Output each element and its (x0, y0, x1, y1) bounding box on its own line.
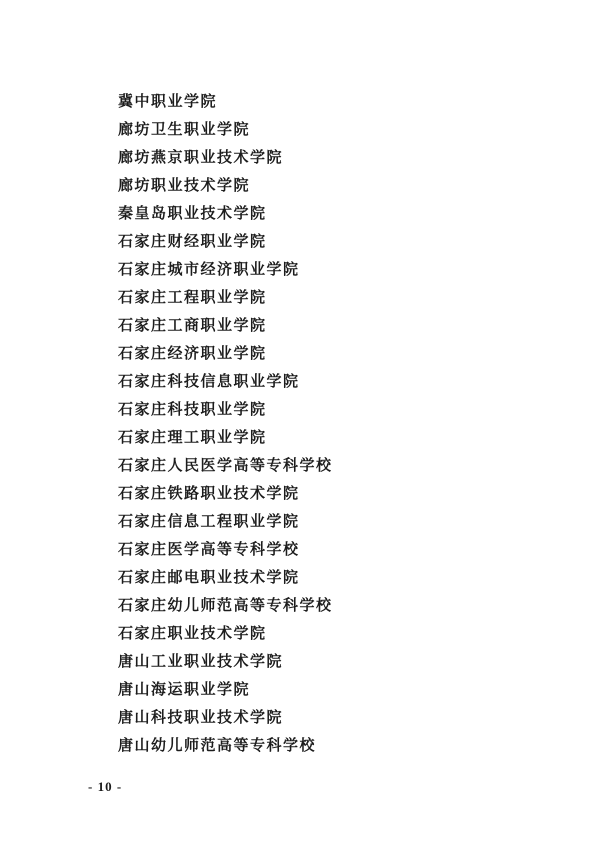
list-item: 石家庄经济职业学院 (118, 340, 333, 368)
list-item: 石家庄职业技术学院 (118, 620, 333, 648)
list-item: 石家庄医学高等专科学校 (118, 536, 333, 564)
list-item: 廊坊职业技术学院 (118, 172, 333, 200)
list-item: 冀中职业学院 (118, 88, 333, 116)
list-item: 石家庄邮电职业技术学院 (118, 564, 333, 592)
list-item: 石家庄工程职业学院 (118, 284, 333, 312)
list-item: 石家庄财经职业学院 (118, 228, 333, 256)
list-item: 石家庄理工职业学院 (118, 424, 333, 452)
list-item: 廊坊卫生职业学院 (118, 116, 333, 144)
college-list: 冀中职业学院 廊坊卫生职业学院 廊坊燕京职业技术学院 廊坊职业技术学院 秦皇岛职… (118, 88, 333, 760)
list-item: 石家庄信息工程职业学院 (118, 508, 333, 536)
list-item: 廊坊燕京职业技术学院 (118, 144, 333, 172)
list-item: 石家庄城市经济职业学院 (118, 256, 333, 284)
list-item: 石家庄科技职业学院 (118, 396, 333, 424)
list-item: 唐山幼儿师范高等专科学校 (118, 732, 333, 760)
list-item: 石家庄人民医学高等专科学校 (118, 452, 333, 480)
page-number: - 10 - (88, 779, 122, 795)
list-item: 石家庄工商职业学院 (118, 312, 333, 340)
list-item: 秦皇岛职业技术学院 (118, 200, 333, 228)
list-item: 石家庄科技信息职业学院 (118, 368, 333, 396)
list-item: 唐山科技职业技术学院 (118, 704, 333, 732)
list-item: 石家庄铁路职业技术学院 (118, 480, 333, 508)
list-item: 唐山海运职业学院 (118, 676, 333, 704)
document-page: 冀中职业学院 廊坊卫生职业学院 廊坊燕京职业技术学院 廊坊职业技术学院 秦皇岛职… (0, 0, 600, 848)
list-item: 石家庄幼儿师范高等专科学校 (118, 592, 333, 620)
list-item: 唐山工业职业技术学院 (118, 648, 333, 676)
